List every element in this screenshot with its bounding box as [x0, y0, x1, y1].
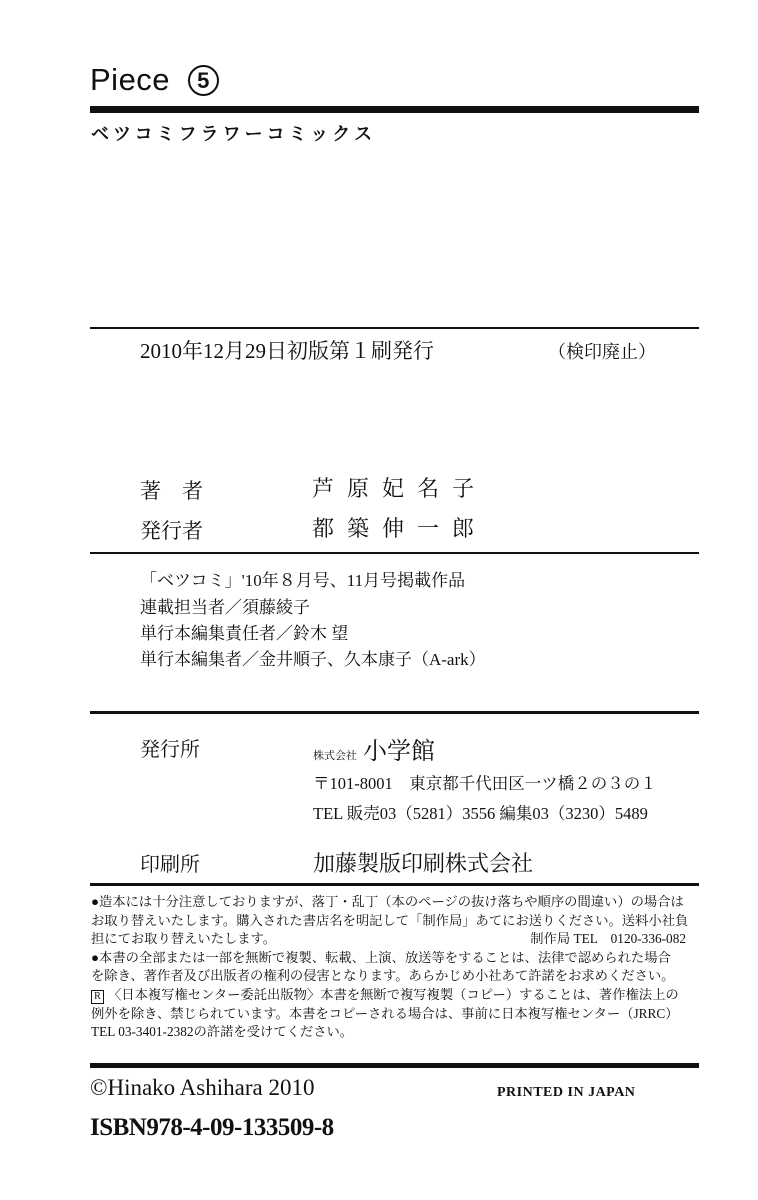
notice-line: を除き、著作者及び出版者の権利の侵害となります。あらかじめ小社あて許諾をお求めく… [91, 967, 698, 986]
divider-printer [90, 883, 699, 886]
notice-line: ●造本には十分注意しておりますが、落丁・乱丁（本のページの抜け落ちや順序の間違い… [91, 893, 698, 912]
chief-editor: 単行本編集責任者／鈴木 望 [140, 619, 348, 644]
notice-line: TEL 03-3401-2382の許諾を受けてください。 [91, 1023, 698, 1042]
notice-line: ●本書の全部または一部を無断で複製、転載、上演、放送等をすることは、法律で認めら… [91, 949, 698, 968]
imprint-label: ベツコミフラワーコミックス [91, 120, 376, 146]
book-editors: 単行本編集者／金井順子、久本康子（A-ark） [140, 645, 486, 670]
publication-date: 2010年12月29日初版第１刷発行 [140, 335, 434, 365]
legal-notices: ●造本には十分注意しておりますが、落丁・乱丁（本のページの抜け落ちや順序の間違い… [91, 893, 698, 1042]
corp-prefix: 株式会社 [313, 750, 357, 762]
notice-line: 〈日本複写権センター委託出版物〉本書を無断で複写複製（コピー）することは、著作権… [108, 987, 679, 1002]
divider-credits [90, 552, 699, 554]
bottom-thick-rule [90, 1063, 699, 1068]
printer-label: 印刷所 [140, 848, 200, 877]
volume-number-badge: 5 [188, 65, 219, 96]
author-name: 芦原妃名子 [312, 472, 487, 503]
top-thick-rule [90, 106, 699, 113]
notice-line-jrrc: R〈日本複写権センター委託出版物〉本書を無断で複写複製（コピー）することは、著作… [91, 986, 698, 1005]
issuer-name: 都築伸一郎 [312, 512, 487, 543]
book-title: Piece5 [90, 62, 219, 98]
divider-publisher [90, 711, 699, 714]
printer-name: 加藤製版印刷株式会社 [313, 847, 533, 878]
seal-abolished-note: （検印廃止） [548, 338, 656, 364]
notice-line: 担にてお取り替えいたします。 [91, 931, 276, 946]
publisher-name-line: 株式会社小学館 [313, 731, 435, 766]
production-tel: 制作局 TEL 0120-336-082 [530, 930, 686, 949]
publisher-label: 発行所 [140, 733, 200, 762]
notice-line-with-tel: 担にてお取り替えいたします。 制作局 TEL 0120-336-082 [91, 930, 698, 949]
title-text: Piece [90, 62, 170, 97]
isbn: ISBN978-4-09-133509-8 [90, 1114, 334, 1142]
printed-in-japan: PRINTED IN JAPAN [497, 1085, 635, 1101]
publisher-name: 小学館 [363, 739, 435, 765]
publisher-phone: TEL 販売03（5281）3556 編集03（3230）5489 [313, 800, 648, 824]
notice-line: お取り替えいたします。購入された書店名を明記して「制作局」あてにお送りください。… [91, 912, 698, 931]
notice-line: 例外を除き、禁じられています。本書をコピーされる場合は、事前に日本複写権センター… [91, 1005, 698, 1024]
divider-edition [90, 327, 699, 329]
issuer-label: 発行者 [140, 515, 203, 545]
author-label: 著 者 [140, 475, 203, 505]
r-mark-icon: R [91, 990, 104, 1004]
serialization-note: 「ベツコミ」'10年８月号、11月号掲載作品 [140, 566, 465, 591]
publisher-address: 〒101-8001 東京都千代田区一ツ橋２の３の１ [313, 770, 657, 794]
copyright-notice: ©Hinako Ashihara 2010 [90, 1075, 314, 1101]
serial-editor: 連載担当者／須藤綾子 [140, 593, 310, 618]
